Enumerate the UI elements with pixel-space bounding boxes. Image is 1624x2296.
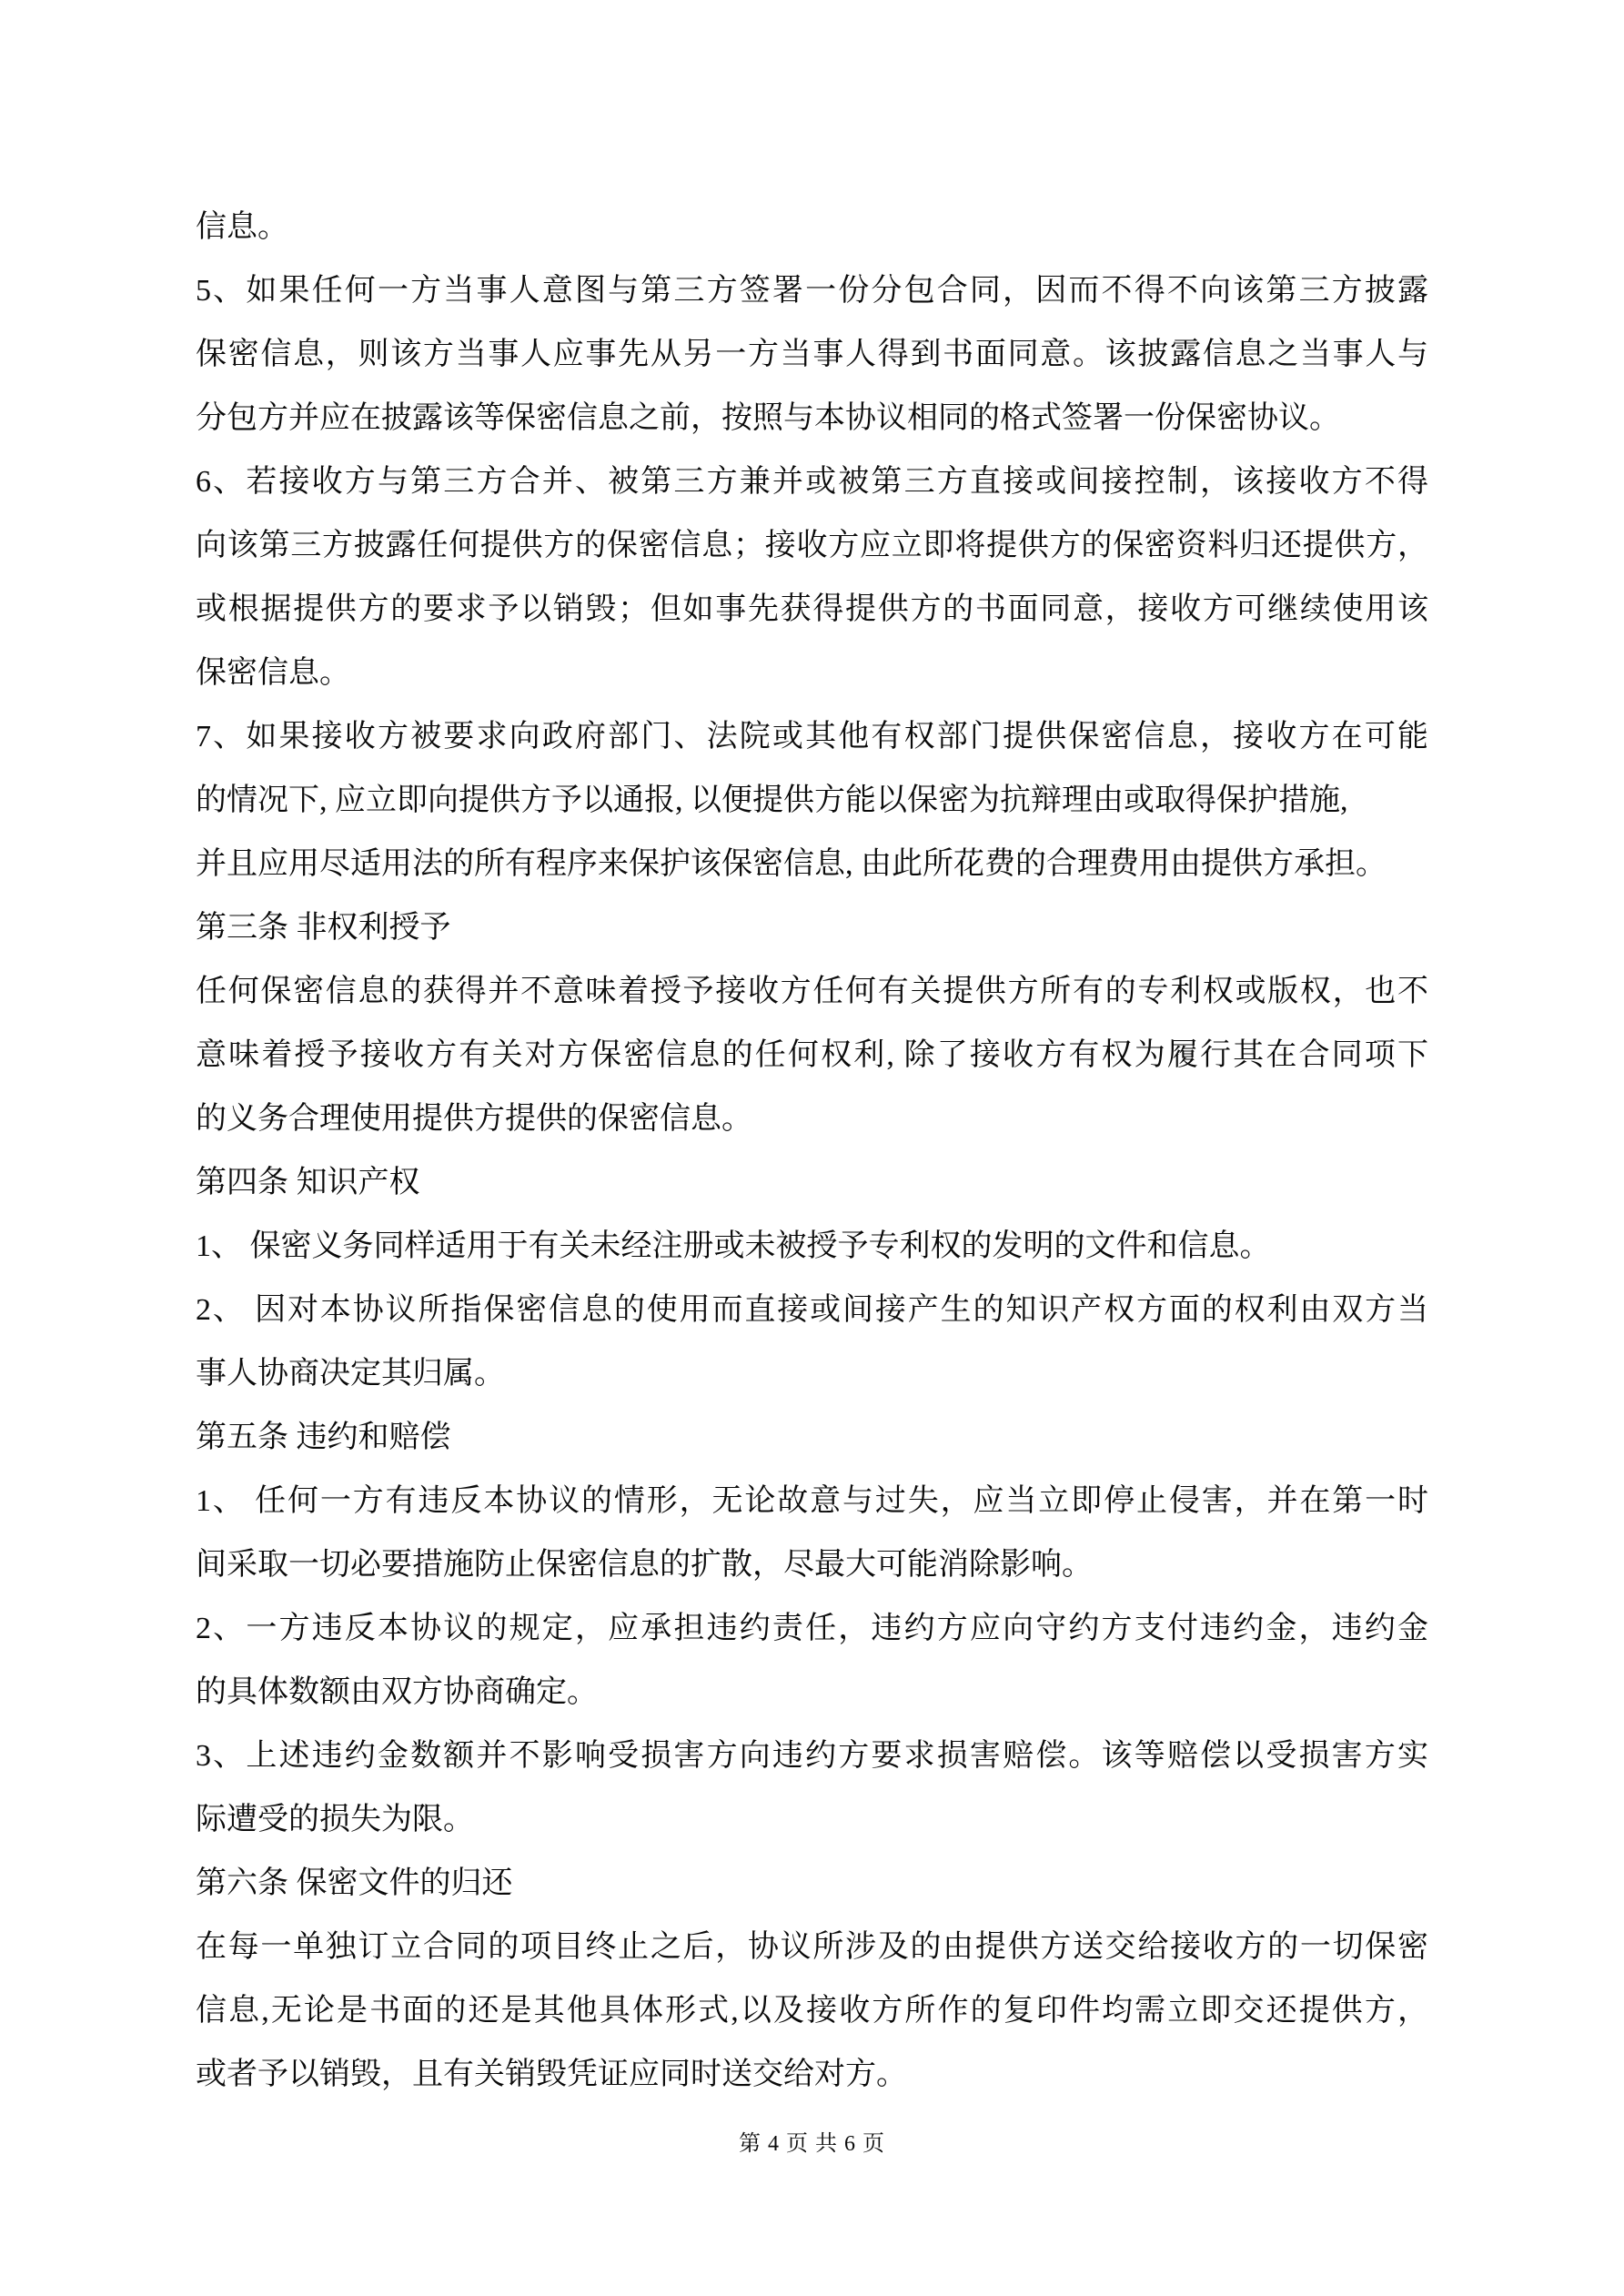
section-heading: 第五条 违约和赔偿: [196, 1406, 1428, 1470]
text-line: 的情况下, 应立即向提供方予以通报, 以便提供方能以保密为抗辩理由或取得保护措施…: [196, 769, 1428, 833]
text-line: 并且应用尽适用法的所有程序来保护该保密信息, 由此所花费的合理费用由提供方承担。: [196, 833, 1428, 896]
text-line: 或者予以销毁，且有关销毁凭证应同时送交给对方。: [196, 2043, 1428, 2107]
text-line: 7、如果接收方被要求向政府部门、法院或其他有权部门提供保密信息，接收方在可能: [196, 705, 1428, 769]
text-line: 1、 保密义务同样适用于有关未经注册或未被授予专利权的发明的文件和信息。: [196, 1215, 1428, 1279]
text-line: 意味着授予接收方有关对方保密信息的任何权利, 除了接收方有权为履行其在合同项下: [196, 1024, 1428, 1087]
section-heading: 第三条 非权利授予: [196, 896, 1428, 960]
text-line: 2、 因对本协议所指保密信息的使用而直接或间接产生的知识产权方面的权利由双方当: [196, 1279, 1428, 1342]
text-line: 间采取一切必要措施防止保密信息的扩散，尽最大可能消除影响。: [196, 1533, 1428, 1597]
text-column: 信息。 5、如果任何一方当事人意图与第三方签署一份分包合同，因而不得不向该第三方…: [196, 196, 1428, 2107]
text-line: 际遭受的损失为限。: [196, 1788, 1428, 1852]
document-page: 信息。 5、如果任何一方当事人意图与第三方签署一份分包合同，因而不得不向该第三方…: [0, 0, 1624, 2296]
text-line: 3、上述违约金数额并不影响受损害方向违约方要求损害赔偿。该等赔偿以受损害方实: [196, 1725, 1428, 1788]
text-line: 2、一方违反本协议的规定，应承担违约责任，违约方应向守约方支付违约金，违约金: [196, 1597, 1428, 1661]
page-number-footer: 第 4 页 共 6 页: [196, 2126, 1428, 2162]
text-line: 保密信息。: [196, 642, 1428, 705]
section-heading: 第四条 知识产权: [196, 1151, 1428, 1215]
section-heading: 第六条 保密文件的归还: [196, 1852, 1428, 1916]
text-line: 保密信息，则该方当事人应事先从另一方当事人得到书面同意。该披露信息之当事人与: [196, 323, 1428, 387]
text-line: 1、 任何一方有违反本协议的情形，无论故意与过失，应当立即停止侵害，并在第一时: [196, 1470, 1428, 1533]
text-line: 5、如果任何一方当事人意图与第三方签署一份分包合同，因而不得不向该第三方披露: [196, 259, 1428, 323]
text-line: 事人协商决定其归属。: [196, 1342, 1428, 1406]
text-line: 6、若接收方与第三方合并、被第三方兼并或被第三方直接或间接控制，该接收方不得: [196, 450, 1428, 514]
text-line: 信息。: [196, 196, 1428, 259]
text-line: 或根据提供方的要求予以销毁；但如事先获得提供方的书面同意，接收方可继续使用该: [196, 578, 1428, 642]
text-line: 任何保密信息的获得并不意味着授予接收方任何有关提供方所有的专利权或版权，也不: [196, 960, 1428, 1024]
text-line: 在每一单独订立合同的项目终止之后，协议所涉及的由提供方送交给接收方的一切保密: [196, 1916, 1428, 1979]
text-line: 信息,无论是书面的还是其他具体形式,以及接收方所作的复印件均需立即交还提供方，: [196, 1979, 1428, 2043]
text-line: 的具体数额由双方协商确定。: [196, 1661, 1428, 1725]
text-line: 向该第三方披露任何提供方的保密信息；接收方应立即将提供方的保密资料归还提供方，: [196, 514, 1428, 578]
text-line: 的义务合理使用提供方提供的保密信息。: [196, 1087, 1428, 1151]
text-line: 分包方并应在披露该等保密信息之前，按照与本协议相同的格式签署一份保密协议。: [196, 387, 1428, 450]
